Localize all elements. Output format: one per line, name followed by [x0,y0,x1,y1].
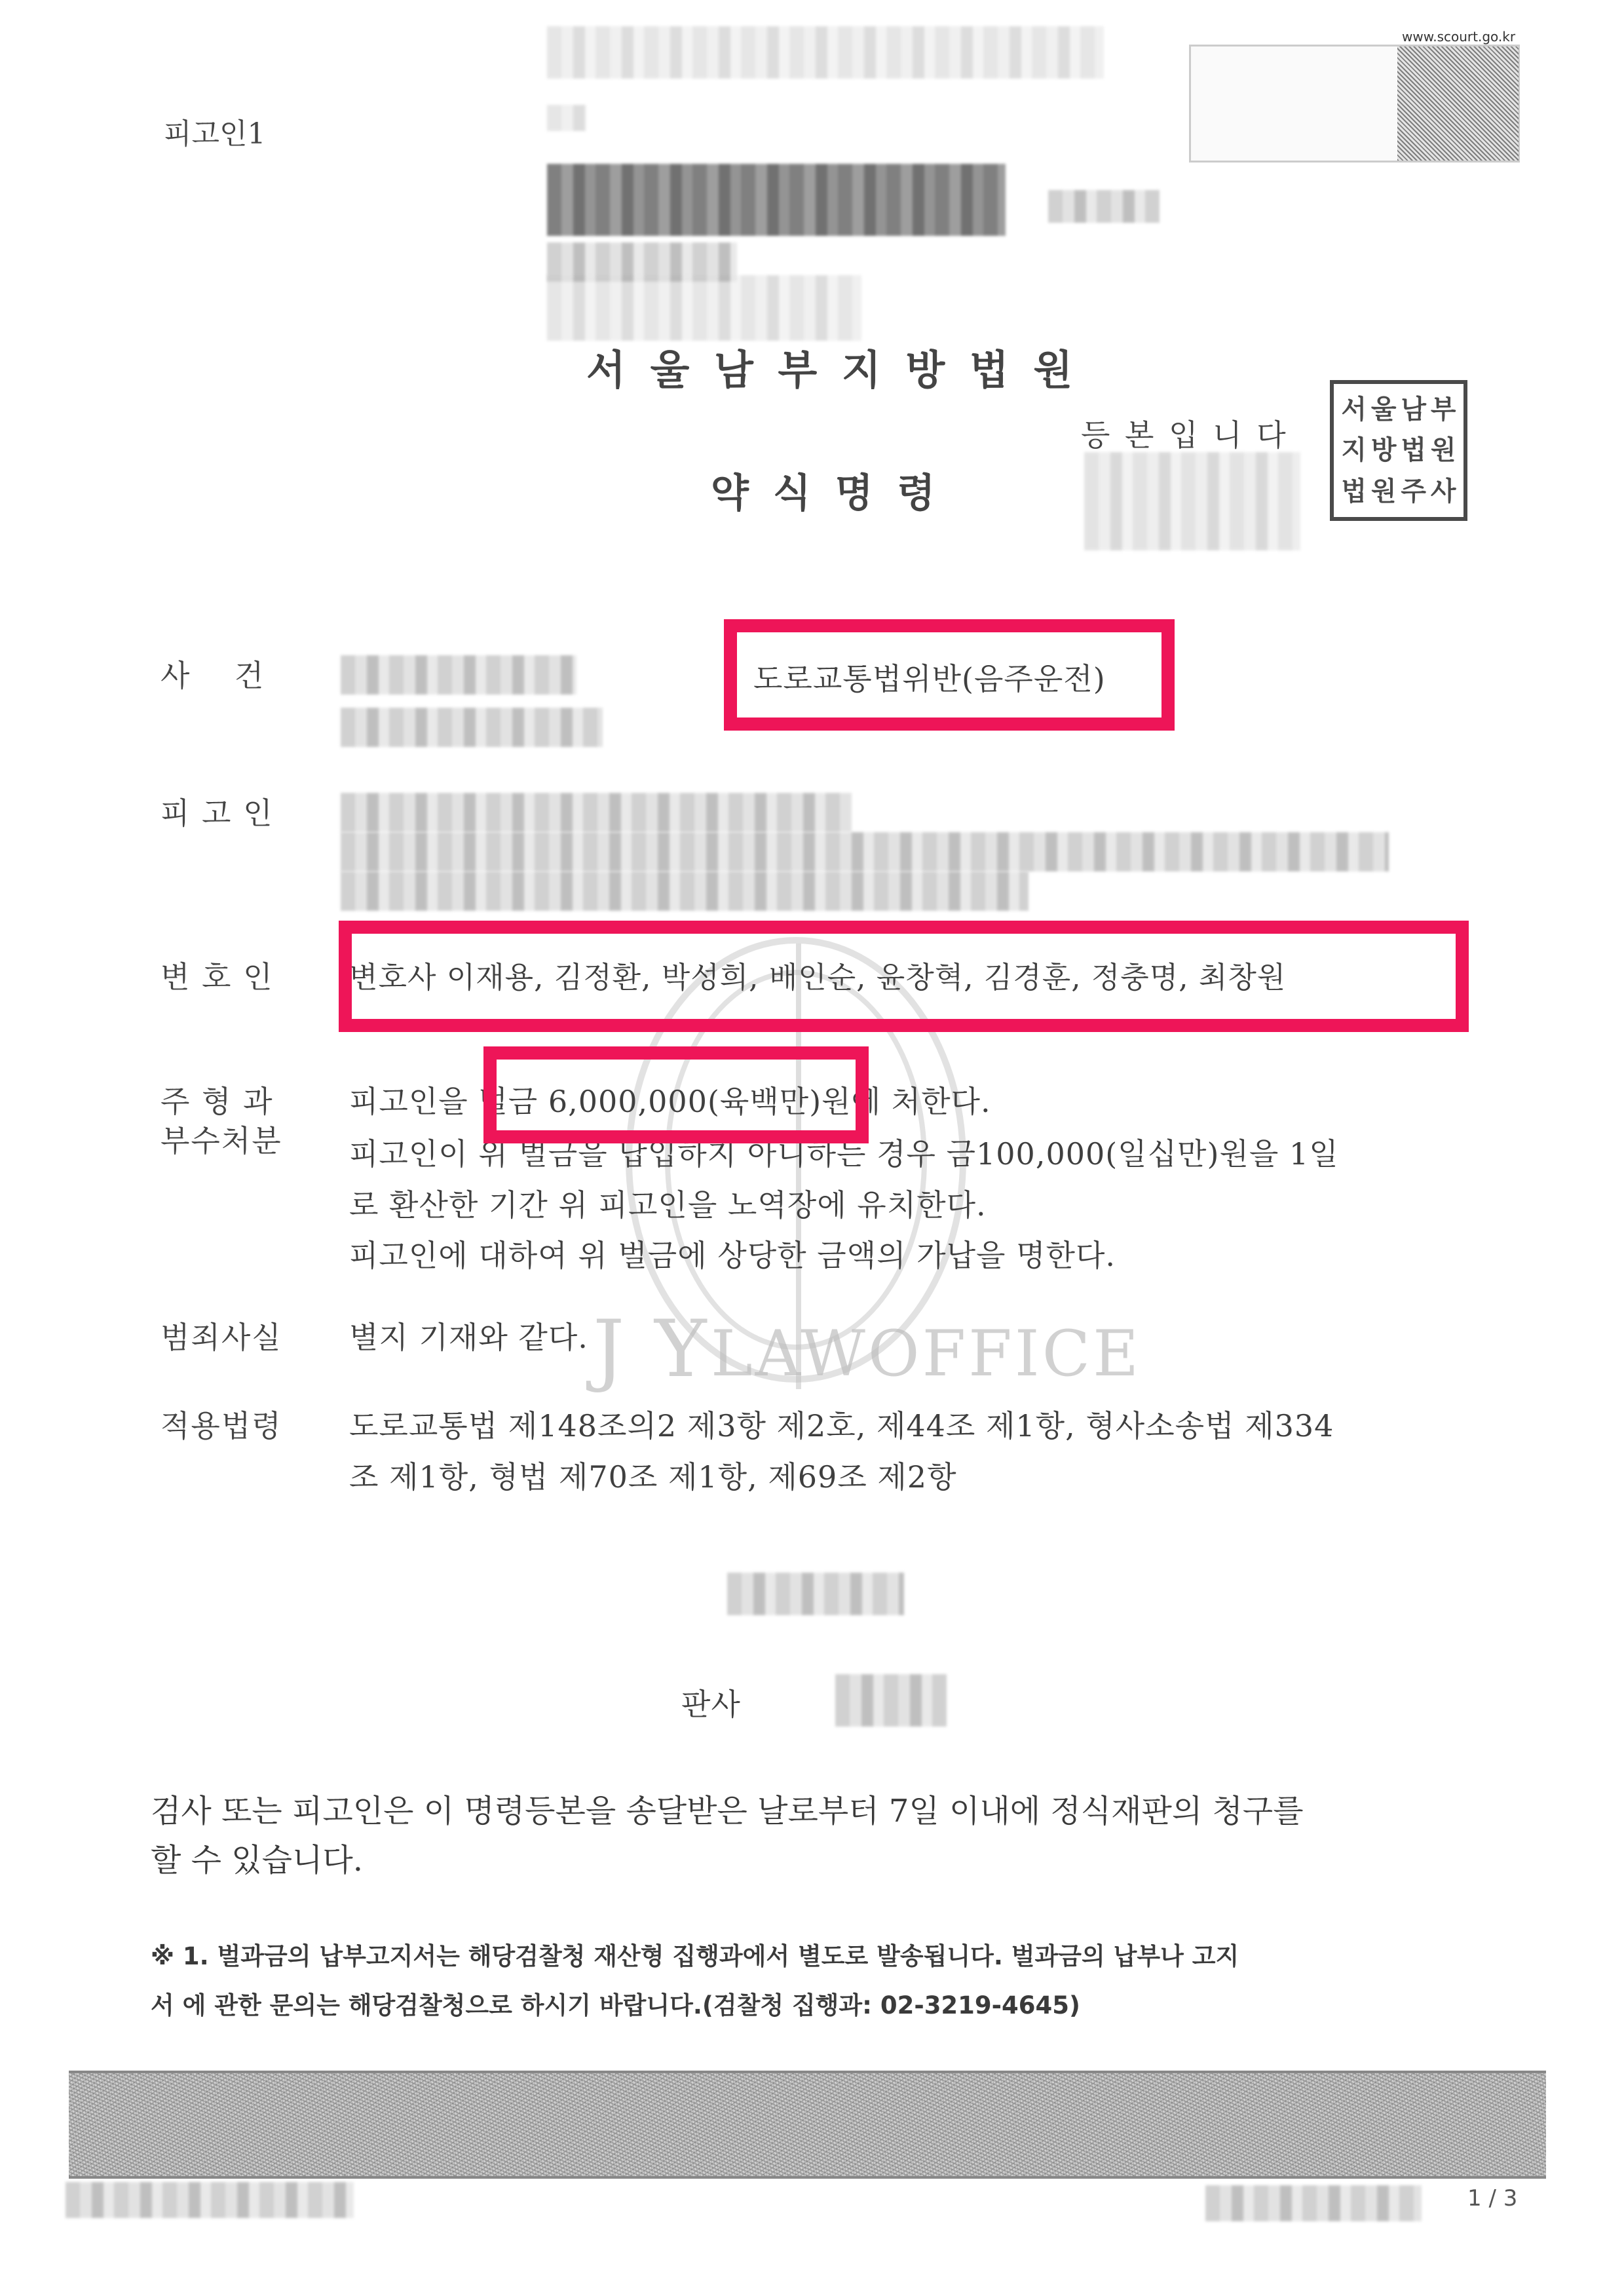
page-indicator: 1 / 3 [1467,2185,1517,2211]
field-label-crime-facts: 범죄사실 [161,1314,282,1357]
field-label-counsel: 변 호 인 [161,953,274,997]
redacted-date-block [1084,452,1300,550]
judge-label: 판사 [681,1681,741,1724]
counsel-names: 변호사 이재용, 김정환, 박성희, 배인순, 윤창혁, 김경훈, 정충명, 최… [349,953,1286,996]
certified-copy-stamp: 등 본 입 니 다 [1081,411,1289,455]
redacted-tag [1048,190,1160,223]
field-label-defendant: 피 고 인 [161,790,274,833]
redacted-case-number [341,708,603,747]
applicable-law-line-2: 조 제1항, 형법 제70조 제1항, 제69조 제2항 [349,1453,957,1497]
field-label-sentence-line2: 부수처분 [161,1117,282,1160]
redacted-footer-right [1205,2185,1422,2221]
sentence-line-4: 피고인에 대하여 위 벌금에 상당한 금액의 가납을 명한다. [349,1232,1116,1275]
payment-notice-line-2: 서 에 관한 문의는 해당검찰청으로 하시기 바랍니다.(검찰청 집행과: 02… [151,1985,1080,2021]
field-label-sentence-line1: 주 형 과 [161,1078,274,1121]
court-name: 서 울 남 부 지 방 법 원 [586,337,1078,396]
sentence-line-3: 로 환산한 기간 위 피고인을 노역장에 유치한다. [349,1181,987,1225]
document-title: 약 식 명 령 [711,462,941,518]
redacted-address-block [547,26,1104,79]
crime-facts-value: 별지 기재와 같다. [349,1314,588,1357]
redacted-name-barcode [547,164,1006,236]
redacted-defendant-line [341,793,852,832]
redacted-address-line [547,105,586,131]
redacted-decision-date [727,1573,904,1615]
verification-qr-code [1397,47,1519,161]
court-seal-icon: 서 울 남 부 지 방 법 원 법 원 주 사 [1330,380,1467,521]
document-verification-box [1189,45,1520,163]
appeal-notice-line-1: 검사 또는 피고인은 이 명령등본을 송달받은 날로부터 7일 이내에 정식재판… [151,1786,1304,1831]
sentence-line-2: 피고인이 위 벌금을 납입하지 아니하는 경우 금100,000(일십만)원을 … [349,1130,1339,1174]
watermark-text-jy: J Y [593,1304,709,1395]
appeal-notice-line-2: 할 수 있습니다. [151,1835,363,1880]
payment-notice-line-1: ※ 1. 벌과금의 납부고지서는 해당검찰청 재산형 집행과에서 별도로 발송됩… [151,1936,1239,1972]
redacted-address-line [547,275,861,341]
website-url: www.scourt.go.kr [1402,29,1515,45]
sentence-line-1: 피고인을 벌금 6,000,000(육백만)원에 처한다. [349,1078,991,1121]
watermark-text-lawoffice: LAWOFFICE [711,1317,1141,1390]
security-pattern-band [69,2071,1546,2179]
redacted-defendant-line [341,871,1029,911]
defendant-tag: 피고인1 [164,110,266,152]
applicable-law-line-1: 도로교통법 제148조의2 제3항 제2호, 제44조 제1항, 형사소송법 제… [349,1402,1334,1445]
field-label-applicable-law: 적용법령 [161,1402,282,1445]
case-name: 도로교통법위반(음주운전) [753,655,1106,698]
redacted-judge-name [835,1674,947,1727]
redacted-case-number [341,655,576,695]
field-label-case: 사 건 [161,652,265,695]
redacted-defendant-line [341,832,1389,871]
redacted-footer-left [66,2182,354,2218]
